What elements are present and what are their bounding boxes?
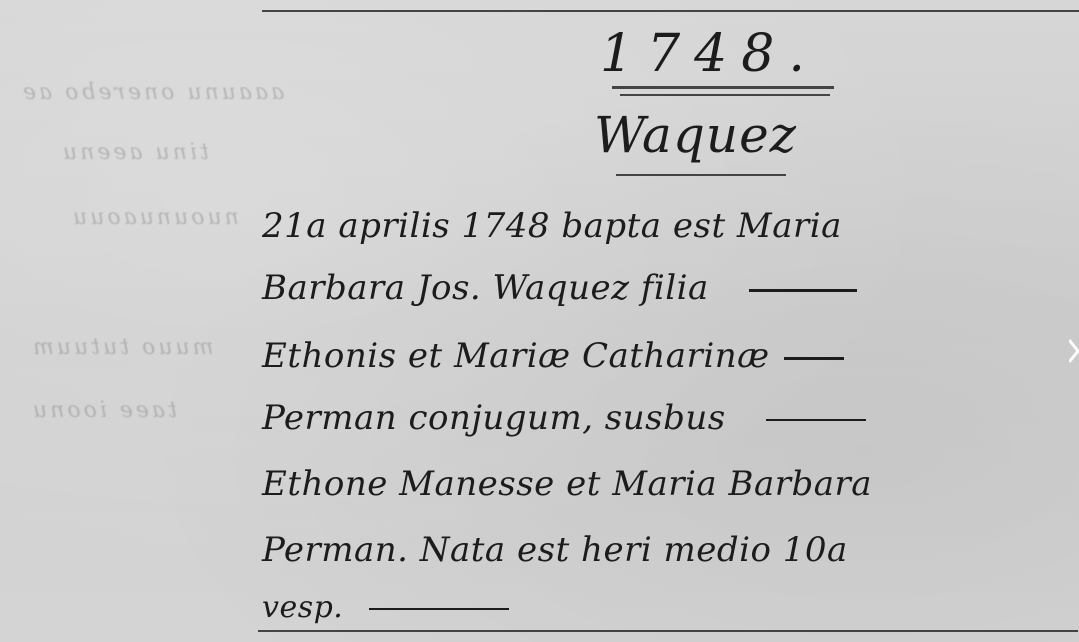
entry-text: Perman conjugum, susbus	[262, 398, 726, 438]
surname-underline	[616, 174, 786, 176]
bottom-rule	[258, 630, 1078, 632]
next-image-button[interactable]	[1065, 336, 1079, 366]
year-underline	[612, 86, 834, 89]
entry-line-3: Ethonis et Mariæ Catharinæ	[262, 336, 844, 376]
bleed-line: tinu aeenu	[60, 140, 209, 165]
entry-line-6: Perman. Nata est heri medio 10a	[262, 530, 848, 570]
entry-text: Barbara Jos. Waquez filia	[262, 268, 709, 308]
image-viewer: aaaunu onerebo ae tinu aeenu nuounuaouu …	[0, 0, 1079, 642]
bleed-line: taee ioonu	[30, 398, 177, 423]
bleed-line: aaaunu onerebo ae	[20, 80, 284, 105]
entry-line-7: vesp.	[262, 590, 509, 625]
entry-text: Perman. Nata est heri medio 10a	[262, 530, 848, 570]
filler-dash	[766, 419, 866, 421]
entry-line-1: 21a aprilis 1748 bapta est Maria	[262, 206, 842, 246]
filler-dash	[749, 289, 857, 292]
filler-dash	[784, 357, 844, 360]
surname-heading: Waquez	[594, 106, 797, 164]
year-heading: 1748.	[600, 24, 819, 84]
entry-text: 21a aprilis 1748 bapta est Maria	[262, 206, 842, 246]
entry-text: Ethonis et Mariæ Catharinæ	[262, 336, 770, 376]
chevron-right-icon	[1069, 339, 1079, 363]
entry-text: vesp.	[262, 590, 343, 625]
entry-line-4: Perman conjugum, susbus	[262, 398, 866, 438]
entry-line-5: Ethone Manesse et Maria Barbara	[262, 464, 872, 504]
entry-text: Ethone Manesse et Maria Barbara	[262, 464, 872, 504]
entry-line-2: Barbara Jos. Waquez filia	[262, 268, 857, 308]
year-underline-2	[620, 94, 830, 96]
bleed-line: nuounuaouu	[70, 205, 239, 230]
filler-dash	[369, 608, 509, 610]
top-rule	[262, 10, 1079, 12]
bleed-line: muuo tutuum	[30, 335, 214, 360]
